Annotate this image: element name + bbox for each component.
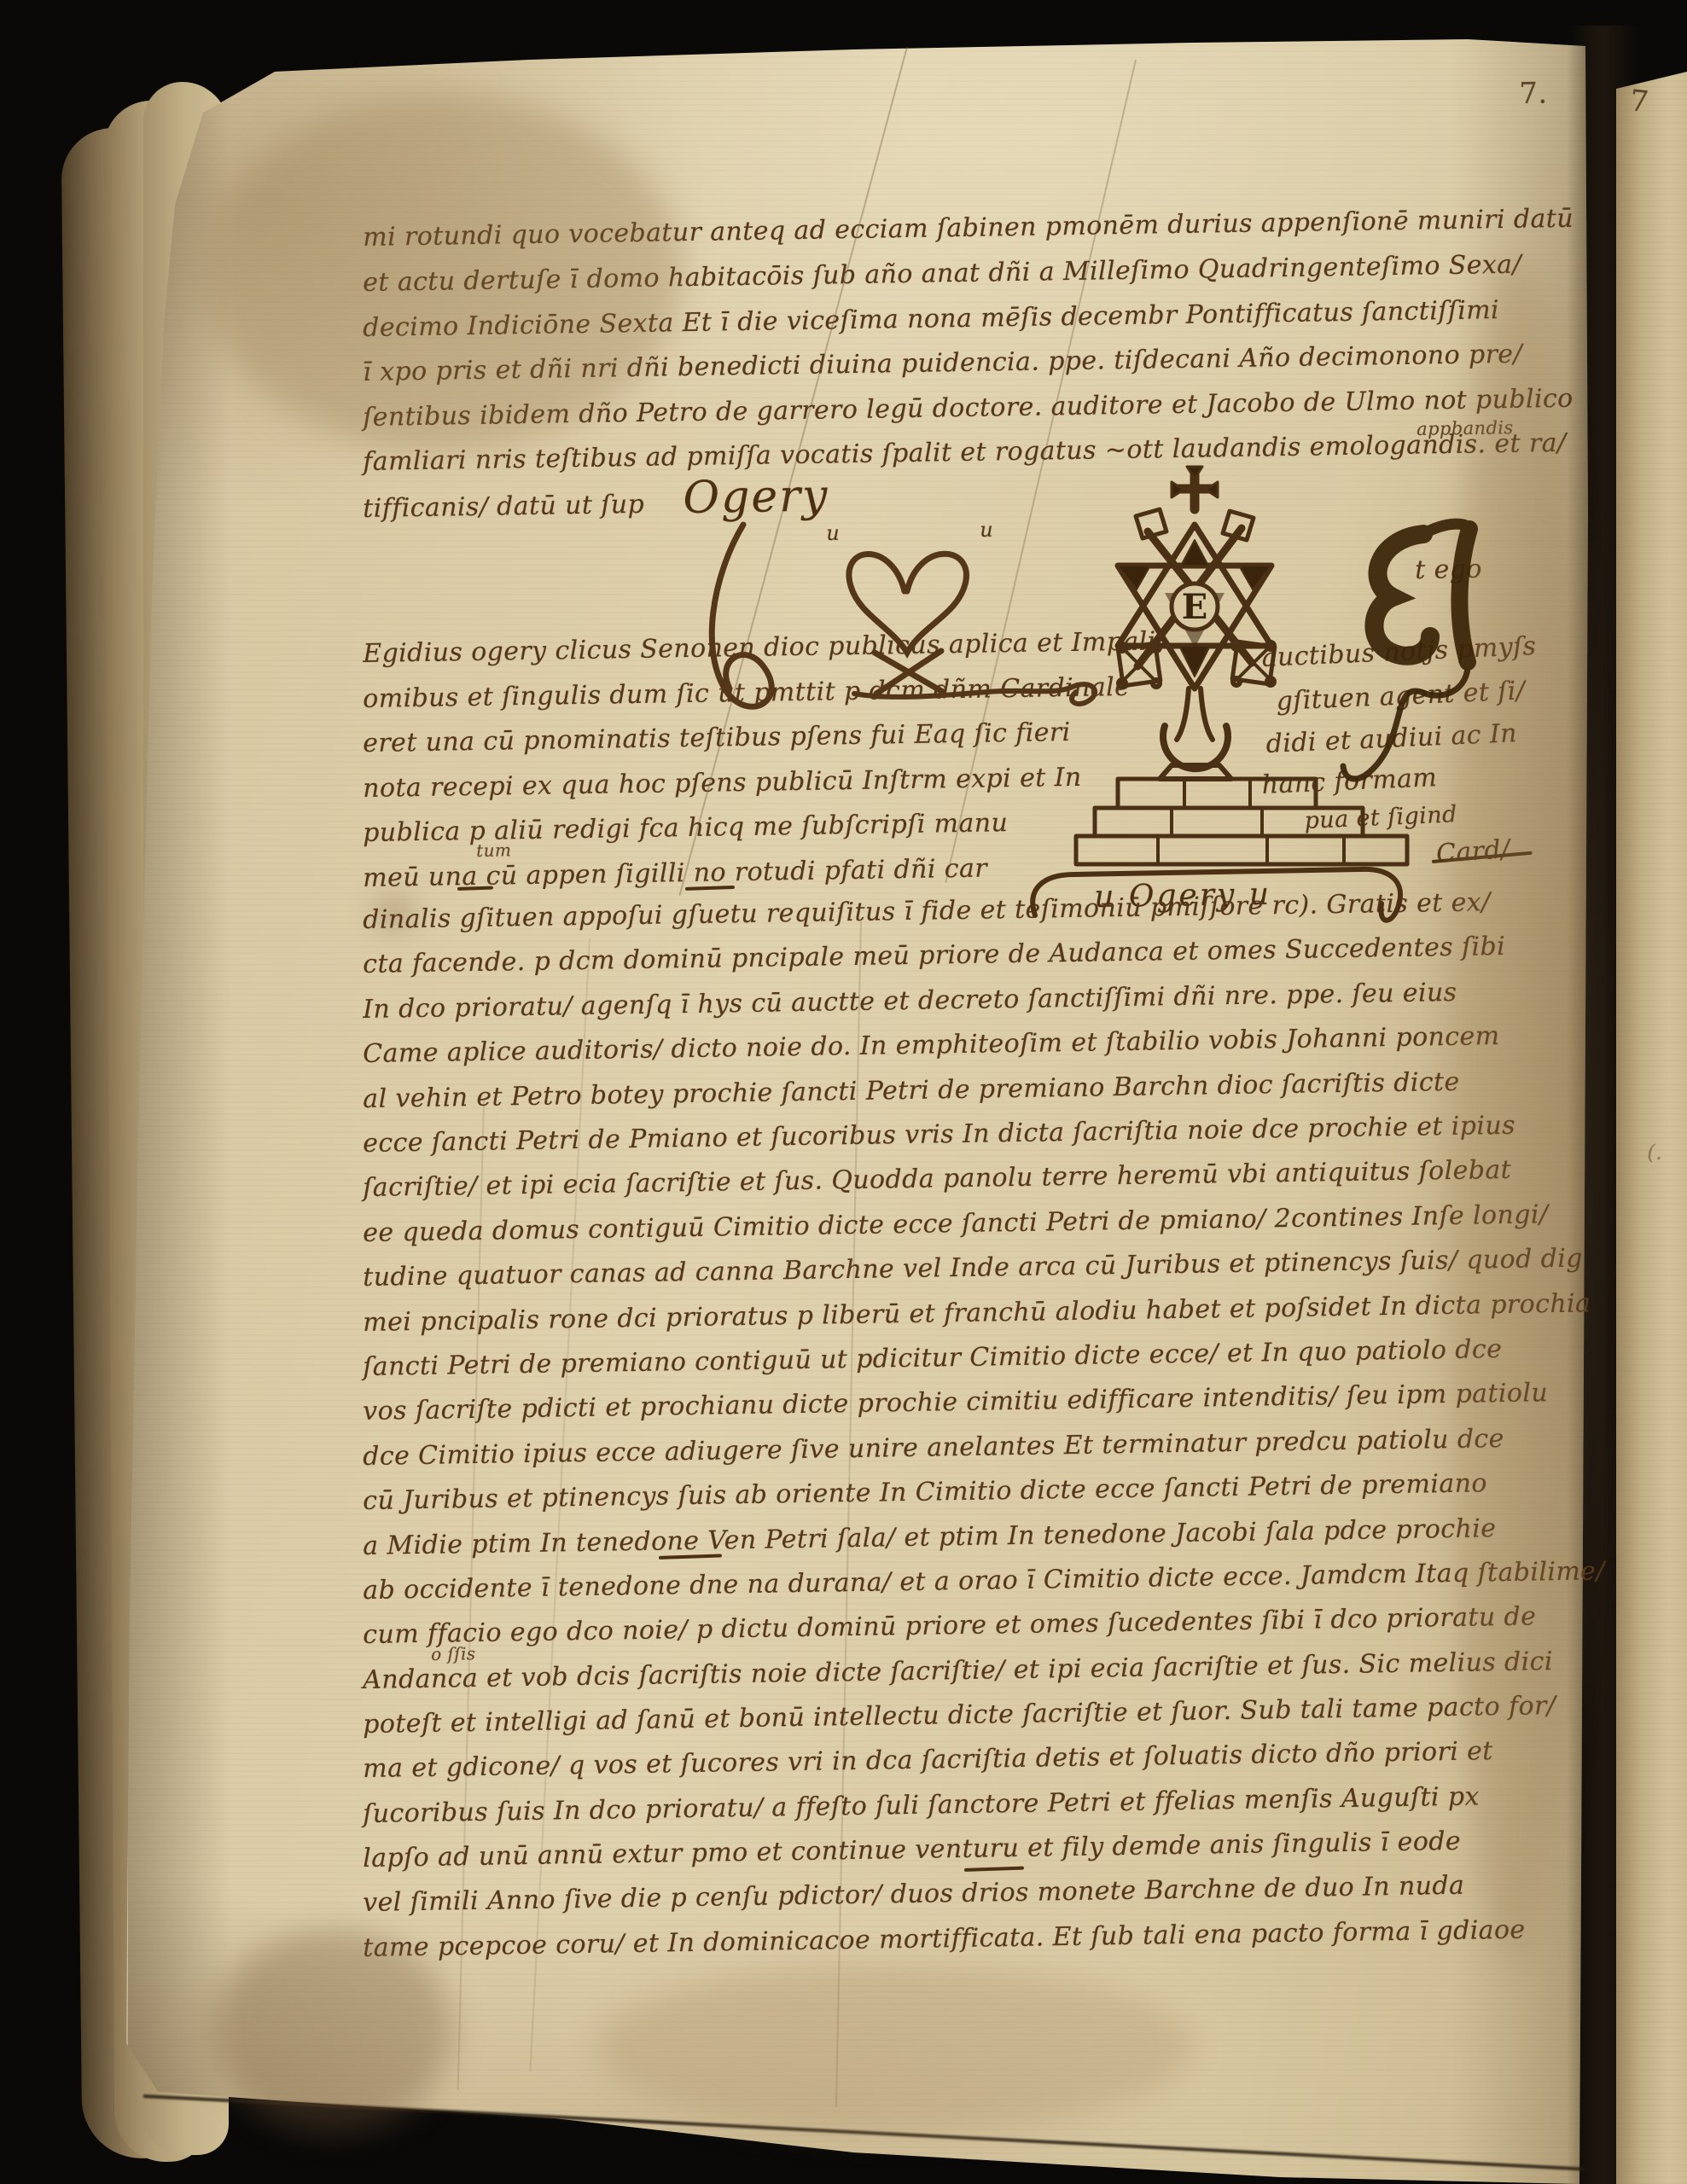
manuscript-line: cum ffacio ego dco noie/ p dictu dominū … [363, 1602, 1536, 1649]
strike-mark [964, 1867, 1024, 1872]
manuscript-line: tudine quatuor canas ad canna Barchne ve… [363, 1245, 1583, 1292]
manuscript-line: In dco prioratu/ agenſq ī hys cū auctte … [363, 979, 1457, 1024]
stain-patch [205, 94, 683, 452]
notarial-letter: E [1182, 587, 1208, 627]
manuscript-line: al vehin et Petro botey prochie ſancti P… [363, 1068, 1460, 1113]
manuscript-line: dce Cimitio ipius ecce adiugere ſive uni… [363, 1425, 1504, 1471]
manuscript-line: lapſo ad unū annū extur pmo et continue … [363, 1827, 1461, 1873]
signature-tail-icon [661, 508, 815, 729]
manuscript-line: mei pncipalis rone dci prioratus p liber… [363, 1289, 1591, 1337]
stain-patch [379, 901, 410, 925]
manuscript-line: ecce ſancti Petri de Pmiano et ſucoribus… [363, 1112, 1515, 1158]
margin-mark: (. [1647, 1141, 1662, 1165]
manuscript-line: ma et gdicone/ q vos et ſucores vri in d… [363, 1737, 1493, 1783]
folio-number-next: 7 [1628, 85, 1650, 119]
manuscript-line: cū Juribus et ptinencys ſuis ab oriente … [363, 1469, 1487, 1515]
manuscript-line: publica p aliū redigi fca hicq me ſubſcr… [363, 809, 1008, 847]
stain-patch [213, 1928, 452, 2133]
manuscript-photo: mi rotundi quo vocebatur anteq ad ecciam… [0, 0, 1687, 2184]
manuscript-line: a Midie ptim In tenedone Ven Petri ſala/… [363, 1514, 1497, 1560]
manuscript-line: ee queda domus contiguū Cimitio dicte ec… [363, 1200, 1549, 1247]
manuscript-line: tifficanis/ datū ut ſup [363, 491, 644, 523]
manuscript-line: meū una cū appen ſigilli no rotudi pfati… [363, 855, 987, 892]
text-layer: mi rotundi quo vocebatur anteq ad ecciam… [0, 0, 1687, 2184]
manuscript-line: ab occidente ī tenedone dne na durana/ e… [363, 1557, 1605, 1605]
manuscript-line: vel ſimili Anno ſive die p cenſu pdictor… [363, 1872, 1465, 1917]
manuscript-line: poteſt et intelligi ad ſanū et bonū inte… [363, 1692, 1556, 1739]
stain-patch [597, 1962, 1195, 2133]
folio-number: 7. [1519, 78, 1548, 110]
manuscript-line: nota recepi ex qua hoc pſens publicū Inſ… [363, 764, 1082, 803]
manuscript-line: tum [476, 840, 511, 860]
strike-mark [685, 886, 735, 891]
manuscript-line: Andanca et vob dcis ſacriſtis noie dicte… [363, 1647, 1553, 1694]
initial-et-ego-icon [1341, 510, 1529, 792]
manuscript-line: ſucoribus ſuis In dco prioratu/ a ffeſto… [363, 1782, 1480, 1828]
signature-bracket-icon [1020, 849, 1429, 951]
manuscript-line: Came aplice auditoris/ dicto noie do. In… [363, 1022, 1500, 1068]
manuscript-line: ſacriſtie/ et ipi ecia ſacriſtie et ſus.… [363, 1156, 1511, 1202]
manuscript-line: ſancti Petri de premiano contiguū ut pdi… [363, 1335, 1502, 1381]
signature-paraph-icon [772, 491, 1131, 704]
manuscript-line: vos ſacriſte pdicti et prochianu dicte p… [363, 1379, 1548, 1426]
